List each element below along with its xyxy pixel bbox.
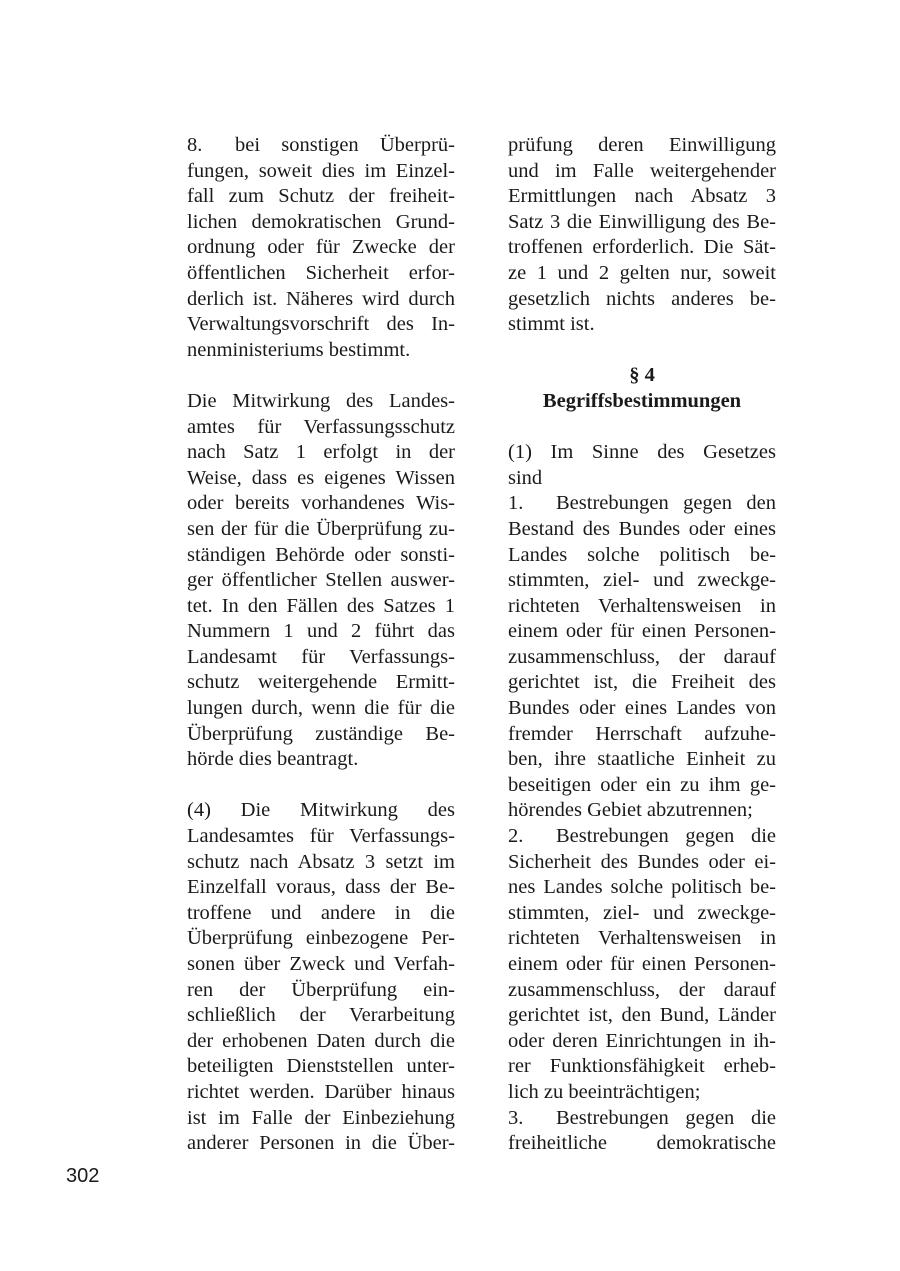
text-line: freiheitliche demokratische <box>508 1131 776 1157</box>
list-item-8: 8.bei sonstigen Überprü- fungen, soweit … <box>187 133 455 363</box>
text-line: ren der Überprüfung ein- <box>187 978 455 1004</box>
text-line: 3.Bestrebungen gegen die <box>508 1106 776 1132</box>
text-line: stimmten, ziel- und zweckge- <box>508 568 776 594</box>
item-number: 8. <box>187 133 235 159</box>
text-line: richteten Verhaltensweisen in <box>508 594 776 620</box>
text-line: 1.Bestrebungen gegen den <box>508 491 776 517</box>
text-line: zusammenschluss, der darauf <box>508 978 776 1004</box>
text-line: ist im Falle der Einbeziehung <box>187 1106 455 1132</box>
text-line: Satz 3 die Einwilligung des Be- <box>508 210 776 236</box>
text-line: amtes für Verfassungsschutz <box>187 415 455 441</box>
text-line: prüfung deren Einwilligung <box>508 133 776 159</box>
text-line: lungen durch, wenn die für die <box>187 696 455 722</box>
text-fragment: Bestrebungen gegen die <box>556 1106 776 1132</box>
text-line: fremder Herrschaft aufzuhe- <box>508 722 776 748</box>
text-line: hörendes Gebiet abzutrennen; <box>508 798 776 824</box>
right-column: prüfung deren Einwilligung und im Falle … <box>508 133 776 1157</box>
paragraph-mitwirkung: Die Mitwirkung des Landes- amtes für Ver… <box>187 389 455 773</box>
text-line: Bundes oder eines Landes von <box>508 696 776 722</box>
list-item-1: 1.Bestrebungen gegen den Bestand des Bun… <box>508 491 776 824</box>
text-line: rer Funktionsfähigkeit erheb- <box>508 1054 776 1080</box>
text-line: (1) Im Sinne des Gesetzes <box>508 440 776 466</box>
document-page: 8.bei sonstigen Überprü- fungen, soweit … <box>0 0 900 1271</box>
text-line: Sicherheit des Bundes oder ei- <box>508 850 776 876</box>
text-line: ordnung oder für Zwecke der <box>187 235 455 261</box>
text-line: der erhobenen Daten durch die <box>187 1029 455 1055</box>
text-line: einem oder für einen Personen- <box>508 952 776 978</box>
text-line: beteiligten Dienststellen unter- <box>187 1054 455 1080</box>
paragraph-continuation: prüfung deren Einwilligung und im Falle … <box>508 133 776 338</box>
paragraph-gap <box>508 415 776 441</box>
text-line: Landes solche politisch be- <box>508 543 776 569</box>
text-line: beseitigen oder ein zu ihm ge- <box>508 773 776 799</box>
page-number: 302 <box>66 1165 99 1188</box>
text-line: nach Satz 1 erfolgt in der <box>187 440 455 466</box>
text-line: anderer Personen in die Über- <box>187 1131 455 1157</box>
paragraph-4: (4) Die Mitwirkung des Landesamtes für V… <box>187 798 455 1156</box>
text-line: oder bereits vorhandenes Wis- <box>187 491 455 517</box>
text-line: Verwaltungsvorschrift des In- <box>187 312 455 338</box>
text-line: Die Mitwirkung des Landes- <box>187 389 455 415</box>
text-line: Bestand des Bundes oder eines <box>508 517 776 543</box>
text-line: ben, ihre staatliche Einheit zu <box>508 747 776 773</box>
text-line: Landesamt für Verfassungs- <box>187 645 455 671</box>
text-line: sind <box>508 466 776 492</box>
text-line: zusammenschluss, der darauf <box>508 645 776 671</box>
text-line: gerichtet ist, den Bund, Länder <box>508 1003 776 1029</box>
text-line: stimmt ist. <box>508 312 776 338</box>
text-line: 8.bei sonstigen Überprü- <box>187 133 455 159</box>
text-line: sonen über Zweck und Verfah- <box>187 952 455 978</box>
text-line: ständigen Behörde oder sonsti- <box>187 543 455 569</box>
section-title: Begriffsbestimmungen <box>508 389 776 415</box>
text-line: fall zum Schutz der freiheit- <box>187 184 455 210</box>
text-line: stimmten, ziel- und zweckge- <box>508 901 776 927</box>
text-line: oder deren Einrichtungen in ih- <box>508 1029 776 1055</box>
item-number: 2. <box>508 824 556 850</box>
text-line: sen der für die Überprüfung zu- <box>187 517 455 543</box>
text-line: Ermittlungen nach Absatz 3 <box>508 184 776 210</box>
list-item-2: 2.Bestrebungen gegen die Sicherheit des … <box>508 824 776 1106</box>
text-line: schließlich der Verarbeitung <box>187 1003 455 1029</box>
text-line: richteten Verhaltensweisen in <box>508 926 776 952</box>
paragraph-gap <box>187 363 455 389</box>
text-line: (4) Die Mitwirkung des <box>187 798 455 824</box>
text-line: gesetzlich nichts anderes be- <box>508 287 776 313</box>
text-line: nenministeriums bestimmt. <box>187 338 455 364</box>
text-line: lichen demokratischen Grund- <box>187 210 455 236</box>
item-number: 1. <box>508 491 556 517</box>
text-line: ze 1 und 2 gelten nur, soweit <box>508 261 776 287</box>
text-fragment: bei sonstigen Überprü- <box>235 133 455 159</box>
text-line: und im Falle weitergehender <box>508 159 776 185</box>
item-number: 3. <box>508 1106 556 1132</box>
text-line: troffenen erforderlich. Die Sät- <box>508 235 776 261</box>
text-line: nes Landes solche politisch be- <box>508 875 776 901</box>
text-line: einem oder für einen Personen- <box>508 619 776 645</box>
section-number: § 4 <box>508 363 776 389</box>
list-item-3: 3.Bestrebungen gegen die freiheitliche d… <box>508 1106 776 1157</box>
paragraph-1: (1) Im Sinne des Gesetzes sind <box>508 440 776 491</box>
paragraph-gap <box>508 338 776 364</box>
text-fragment: Bestrebungen gegen die <box>556 824 776 850</box>
text-line: richtet werden. Darüber hinaus <box>187 1080 455 1106</box>
text-line: Nummern 1 und 2 führt das <box>187 619 455 645</box>
section-heading: § 4 Begriffsbestimmungen <box>508 363 776 414</box>
text-line: lich zu beeinträchtigen; <box>508 1080 776 1106</box>
text-line: gerichtet ist, die Freiheit des <box>508 670 776 696</box>
text-line: Weise, dass es eigenes Wissen <box>187 466 455 492</box>
text-line: Überprüfung zuständige Be- <box>187 722 455 748</box>
text-line: tet. In den Fällen des Satzes 1 <box>187 594 455 620</box>
text-line: Überprüfung einbezogene Per- <box>187 926 455 952</box>
text-line: ger öffentlicher Stellen auswer- <box>187 568 455 594</box>
paragraph-gap <box>187 773 455 799</box>
text-line: troffene und andere in die <box>187 901 455 927</box>
text-line: schutz weitergehende Ermitt- <box>187 670 455 696</box>
text-line: 2.Bestrebungen gegen die <box>508 824 776 850</box>
text-line: hörde dies beantragt. <box>187 747 455 773</box>
text-fragment: Bestrebungen gegen den <box>556 491 776 517</box>
left-column: 8.bei sonstigen Überprü- fungen, soweit … <box>187 133 455 1157</box>
text-line: derlich ist. Näheres wird durch <box>187 287 455 313</box>
text-line: Landesamtes für Verfassungs- <box>187 824 455 850</box>
text-line: öffentlichen Sicherheit erfor- <box>187 261 455 287</box>
text-line: Einzelfall voraus, dass der Be- <box>187 875 455 901</box>
text-line: schutz nach Absatz 3 setzt im <box>187 850 455 876</box>
text-line: fungen, soweit dies im Einzel- <box>187 159 455 185</box>
